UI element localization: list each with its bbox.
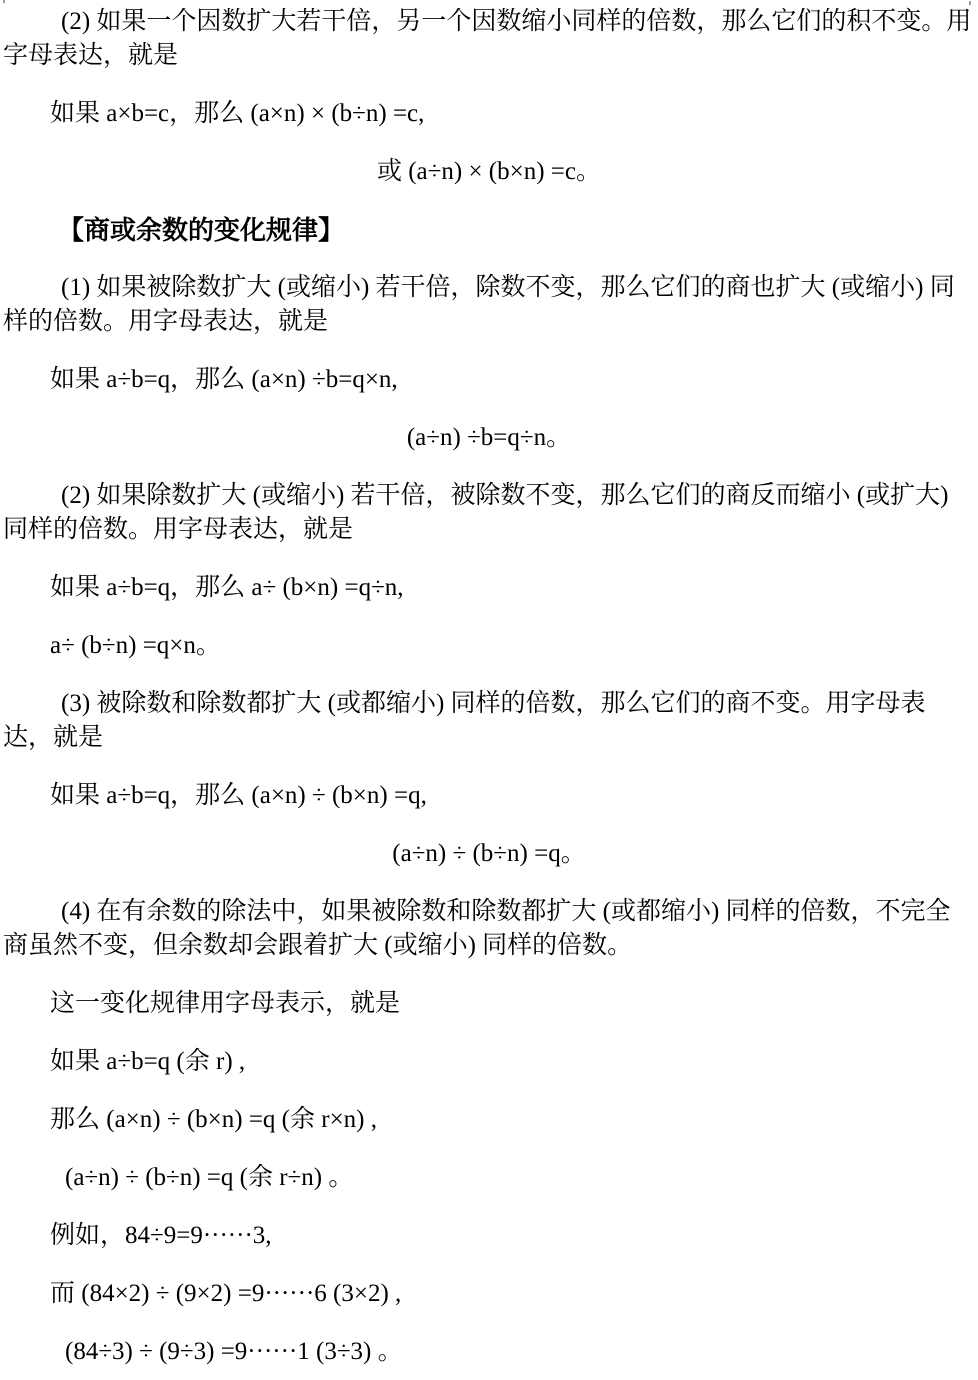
formula-quotient-3-line2: (a÷n) ÷ (b÷n) =q。 <box>3 837 975 871</box>
scan-artifact-mark-top-left: ' <box>2 0 6 10</box>
section-heading-quotient-remainder-rules: 【商或余数的变化规律】 <box>58 213 975 247</box>
formula-remainder-if: 如果 a÷b=q (余 r) , <box>50 1045 975 1079</box>
formula-quotient-3-line1: 如果 a÷b=q，那么 (a×n) ÷ (b×n) =q, <box>50 779 975 813</box>
paragraph-quotient-rule-2: (2) 如果除数扩大 (或缩小) 若干倍，被除数不变，那么它们的商反而缩小 (或… <box>3 479 975 547</box>
formula-quotient-1-line2: (a÷n) ÷b=q÷n。 <box>3 421 975 455</box>
formula-quotient-2-line2: a÷ (b÷n) =q×n。 <box>50 629 975 663</box>
scan-artifact-mark-top-right: ' <box>968 2 972 12</box>
formula-product-if: 如果 a×b=c，那么 (a×n) × (b÷n) =c, <box>50 97 975 131</box>
paragraph-quotient-rule-3: (3) 被除数和除数都扩大 (或都缩小) 同样的倍数，那么它们的商不变。用字母表… <box>3 687 975 755</box>
document-body: (2) 如果一个因数扩大若干倍，另一个因数缩小同样的倍数，那么它们的积不变。用字… <box>0 0 978 1369</box>
formula-example-line3: (84÷3) ÷ (9÷3) =9······1 (3÷3) 。 <box>65 1335 975 1369</box>
paragraph-quotient-rule-4: (4) 在有余数的除法中，如果被除数和除数都扩大 (或都缩小) 同样的倍数，不完… <box>3 895 975 963</box>
paragraph-rule-letters-intro: 这一变化规律用字母表示，就是 <box>50 987 975 1021</box>
paragraph-product-rule-2: (2) 如果一个因数扩大若干倍，另一个因数缩小同样的倍数，那么它们的积不变。用字… <box>3 5 975 73</box>
formula-remainder-then: 那么 (a×n) ÷ (b×n) =q (余 r×n) , <box>50 1103 975 1137</box>
formula-example-line1: 例如，84÷9=9······3, <box>50 1219 975 1253</box>
formula-quotient-2-line1: 如果 a÷b=q，那么 a÷ (b×n) =q÷n, <box>50 571 975 605</box>
paragraph-quotient-rule-1: (1) 如果被除数扩大 (或缩小) 若干倍，除数不变，那么它们的商也扩大 (或缩… <box>3 271 975 339</box>
formula-product-or: 或 (a÷n) × (b×n) =c。 <box>3 155 975 189</box>
formula-quotient-1-line1: 如果 a÷b=q，那么 (a×n) ÷b=q×n, <box>50 363 975 397</box>
formula-example-line2: 而 (84×2) ÷ (9×2) =9······6 (3×2) , <box>50 1277 975 1311</box>
formula-remainder-div: (a÷n) ÷ (b÷n) =q (余 r÷n) 。 <box>65 1161 975 1195</box>
document-page: { "page": { "background": "#ffffff", "te… <box>0 0 978 1380</box>
